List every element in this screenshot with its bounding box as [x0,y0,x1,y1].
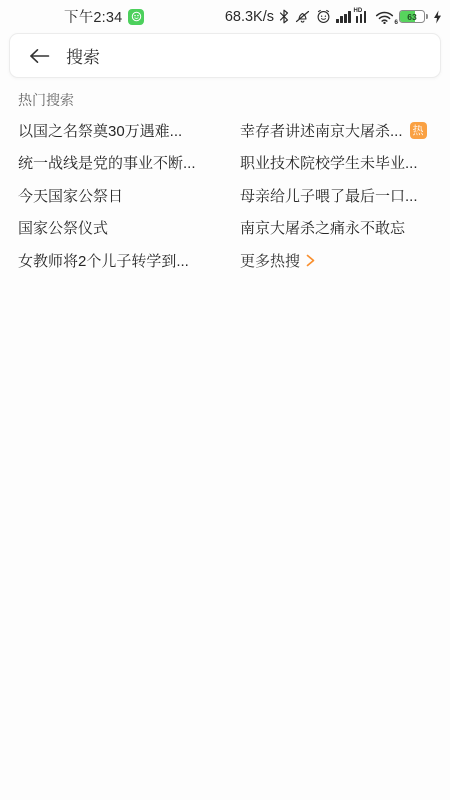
hot-search-row: 统一战线是党的事业不断... 职业技术院校学生未毕业... [18,147,437,180]
hot-search-item[interactable]: 国家公祭仪式 [18,217,240,238]
hot-badge: 热 [410,122,427,139]
network-speed: 68.3K/s [225,9,274,25]
battery-icon: 63 [399,10,425,23]
hot-search-item[interactable]: 职业技术院校学生未毕业... [240,152,437,173]
hot-search-item-label: 母亲给儿子喂了最后一口... [240,185,418,206]
hot-search-row: 国家公祭仪式 南京大屠杀之痛永不敢忘 [18,212,437,245]
hot-search-section: 热门搜索 以国之名祭奠30万遇难... 幸存者讲述南京大屠杀... 热 统一战线… [0,78,450,277]
hot-search-item-label: 南京大屠杀之痛永不敢忘 [240,217,405,238]
status-time: 下午2:34 [64,6,122,27]
more-hot-search-link[interactable]: 更多热搜 [240,250,437,271]
status-bar-right: 68.3K/s [225,9,442,25]
hot-search-item[interactable]: 以国之名祭奠30万遇难... [18,120,240,141]
hot-search-row: 女教师将2个儿子转学到... 更多热搜 [18,244,437,277]
hot-search-item[interactable]: 女教师将2个儿子转学到... [18,250,240,271]
cell-signal-hd-icon: HD [356,11,371,23]
hot-search-item-label: 今天国家公祭日 [18,185,123,206]
messenger-notification-icon [128,9,144,25]
search-screen: 下午2:34 68.3K/s [0,0,450,800]
bluetooth-icon [279,9,289,24]
mute-icon [294,9,311,24]
hot-search-item-label: 以国之名祭奠30万遇难... [18,120,182,141]
more-hot-search-label: 更多热搜 [240,250,300,271]
charging-bolt-icon [433,10,442,24]
alarm-clock-icon [316,9,331,24]
hot-search-item[interactable]: 南京大屠杀之痛永不敢忘 [240,217,437,238]
hot-search-item-label: 统一战线是党的事业不断... [18,152,196,173]
hot-search-item-label: 职业技术院校学生未毕业... [240,152,418,173]
page-title: 搜索 [66,43,100,68]
hot-search-item[interactable]: 母亲给儿子喂了最后一口... [240,185,437,206]
hot-search-grid: 以国之名祭奠30万遇难... 幸存者讲述南京大屠杀... 热 统一战线是党的事业… [18,114,437,277]
hot-search-item[interactable]: 幸存者讲述南京大屠杀... 热 [240,120,437,141]
status-bar: 下午2:34 68.3K/s [0,0,450,33]
hot-search-item-label: 女教师将2个儿子转学到... [18,250,189,271]
hot-search-item-label: 幸存者讲述南京大屠杀... [240,120,403,141]
hot-search-row: 今天国家公祭日 母亲给儿子喂了最后一口... [18,179,437,212]
hot-search-item[interactable]: 今天国家公祭日 [18,185,240,206]
hot-search-row: 以国之名祭奠30万遇难... 幸存者讲述南京大屠杀... 热 [18,114,437,147]
cell-signal-icon [336,11,351,23]
battery-nub [426,14,428,19]
hot-search-item-label: 国家公祭仪式 [18,217,108,238]
hd-label: HD [354,8,363,14]
hot-search-item[interactable]: 统一战线是党的事业不断... [18,152,240,173]
battery-level: 63 [407,12,416,22]
wifi-icon: 6 [375,10,394,24]
chevron-right-icon [306,254,315,267]
back-button[interactable] [24,41,54,71]
search-header-card: 搜索 [9,33,441,78]
hot-search-section-title: 热门搜索 [18,90,437,110]
wifi6-label: 6 [394,19,398,26]
status-bar-left: 下午2:34 [64,6,144,27]
